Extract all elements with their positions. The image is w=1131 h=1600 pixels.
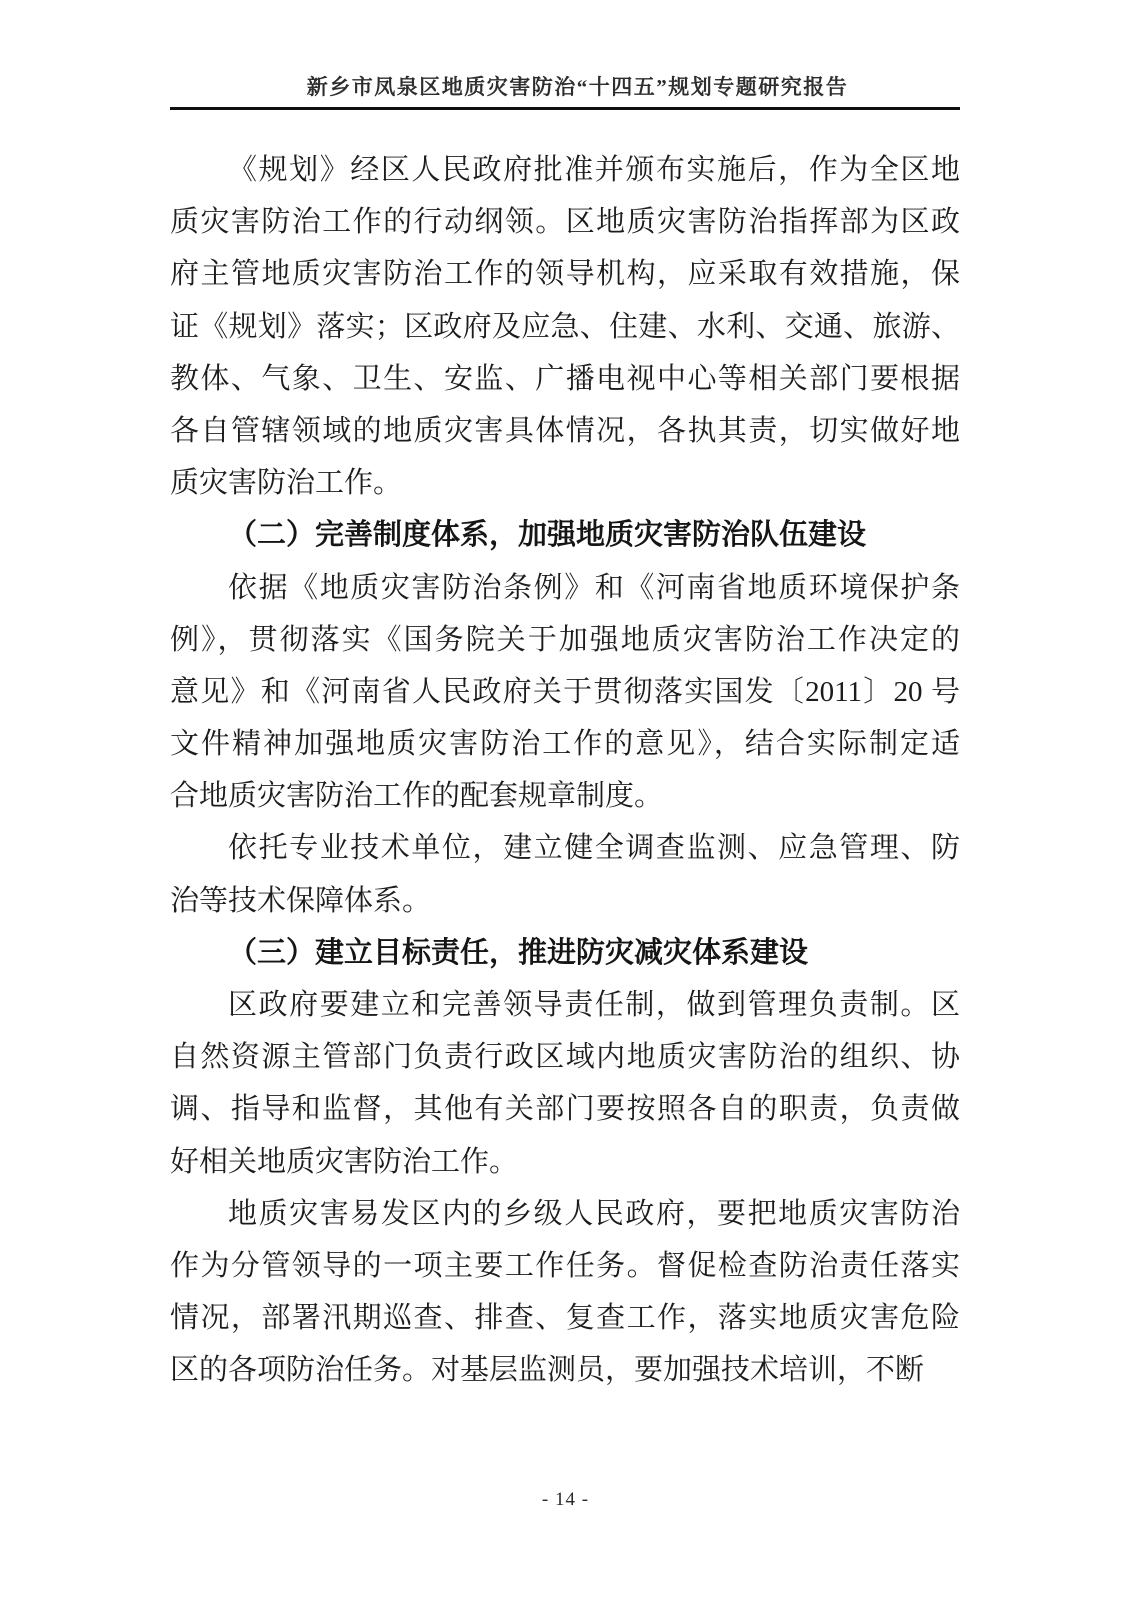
text-line: 好相关地质灾害防治工作。 <box>170 1136 960 1188</box>
text-line: 证《规划》落实；区政府及应急、住建、水利、交通、旅游、 <box>170 301 960 353</box>
text-line: 质灾害防治工作。 <box>170 457 960 509</box>
text-line: 区的各项防治任务。对基层监测员，要加强技术培训，不断 <box>170 1344 960 1396</box>
text-line: 地质灾害易发区内的乡级人民政府，要把地质灾害防治 <box>170 1188 960 1240</box>
page-number: - 14 - <box>542 1489 589 1510</box>
text-line: 合地质灾害防治工作的配套规章制度。 <box>170 770 960 822</box>
text-line: 文件精神加强地质灾害防治工作的意见》，结合实际制定适 <box>170 718 960 770</box>
text-line: 《规划》经区人民政府批准并颁布实施后，作为全区地 <box>170 144 960 196</box>
text-line: 区政府要建立和完善领导责任制，做到管理负责制。区 <box>170 979 960 1031</box>
text-line: 自然资源主管部门负责行政区域内地质灾害防治的组织、协 <box>170 1031 960 1083</box>
document-body: 《规划》经区人民政府批准并颁布实施后，作为全区地质灾害防治工作的行动纲领。区地质… <box>170 144 960 1397</box>
section-heading: （二）完善制度体系，加强地质灾害防治队伍建设 <box>170 509 960 561</box>
text-line: 治等技术保障体系。 <box>170 875 960 927</box>
text-line: 例》，贯彻落实《国务院关于加强地质灾害防治工作决定的 <box>170 614 960 666</box>
text-line: 作为分管领导的一项主要工作任务。督促检查防治责任落实 <box>170 1240 960 1292</box>
text-line: 教体、气象、卫生、安监、广播电视中心等相关部门要根据 <box>170 353 960 405</box>
text-line: 各自管辖领域的地质灾害具体情况，各执其责，切实做好地 <box>170 405 960 457</box>
header-title: 新乡市凤泉区地质灾害防治“十四五”规划专题研究报告 <box>12 70 1131 104</box>
document-page: 新乡市凤泉区地质灾害防治“十四五”规划专题研究报告 《规划》经区人民政府批准并颁… <box>0 0 1131 1600</box>
text-line: 调、指导和监督，其他有关部门要按照各自的职责，负责做 <box>170 1083 960 1135</box>
text-line: 府主管地质灾害防治工作的领导机构，应采取有效措施，保 <box>170 248 960 300</box>
page-footer: - 14 - <box>0 1486 1131 1514</box>
text-line: 质灾害防治工作的行动纲领。区地质灾害防治指挥部为区政 <box>170 196 960 248</box>
text-line: 情况，部署汛期巡查、排查、复查工作，落实地质灾害危险 <box>170 1292 960 1344</box>
header-rule <box>170 107 960 110</box>
text-line: 依据《地质灾害防治条例》和《河南省地质环境保护条 <box>170 562 960 614</box>
text-line: 依托专业技术单位，建立健全调查监测、应急管理、防 <box>170 822 960 874</box>
text-line: 意见》和《河南省人民政府关于贯彻落实国发〔2011〕20 号 <box>170 666 960 718</box>
section-heading: （三）建立目标责任，推进防灾减灾体系建设 <box>170 927 960 979</box>
